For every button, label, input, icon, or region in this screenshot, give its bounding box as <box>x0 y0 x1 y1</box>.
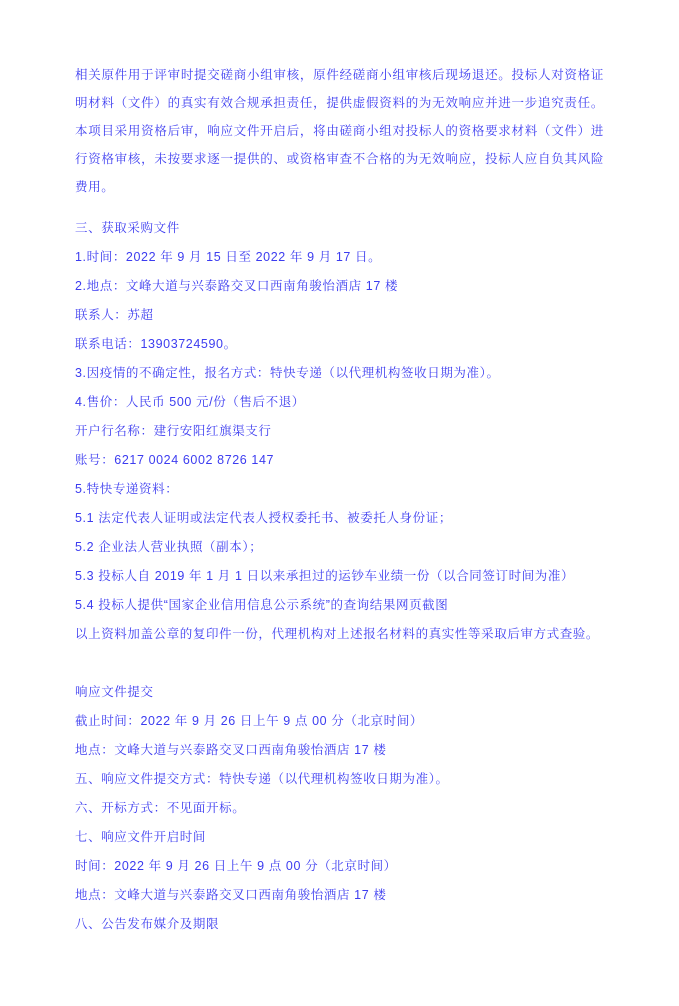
submission-deadline: 截止时间：2022 年 9 月 26 日上午 9 点 00 分（北京时间） <box>75 707 604 736</box>
account-number: 账号：6217 0024 6002 8726 147 <box>75 446 604 475</box>
contact-person: 联系人：苏超 <box>75 301 604 330</box>
document-page: 相关原件用于评审时提交磋商小组审核，原件经磋商小组审核后现场退还。投标人对资格证… <box>0 0 679 1006</box>
materials-note: 以上资料加盖公章的复印件一份，代理机构对上述报名材料的真实性等采取后审方式查验。 <box>75 620 604 649</box>
document-price: 4.售价：人民币 500 元/份（售后不退） <box>75 388 604 417</box>
obtain-time: 1.时间：2022 年 9 月 15 日至 2022 年 9 月 17 日。 <box>75 243 604 272</box>
qualification-review-paragraph: 相关原件用于评审时提交磋商小组审核，原件经磋商小组审核后现场退还。投标人对资格证… <box>75 61 604 201</box>
opening-time: 时间：2022 年 9 月 26 日上午 9 点 00 分（北京时间） <box>75 852 604 881</box>
material-item-2: 5.2 企业法人营业执照（副本）； <box>75 533 604 562</box>
bank-name: 开户行名称：建行安阳红旗渠支行 <box>75 417 604 446</box>
material-item-3: 5.3 投标人自 2019 年 1 月 1 日以来承担过的运钞车业绩一份（以合同… <box>75 562 604 591</box>
document-body: 相关原件用于评审时提交磋商小组审核，原件经磋商小组审核后现场退还。投标人对资格证… <box>0 0 679 939</box>
section5-submission-method: 五、响应文件提交方式：特快专递（以代理机构签收日期为准）。 <box>75 765 604 794</box>
section6-bid-opening-method: 六、开标方式：不见面开标。 <box>75 794 604 823</box>
material-item-1: 5.1 法定代表人证明或法定代表人授权委托书、被委托人身份证； <box>75 504 604 533</box>
blank-line <box>75 649 604 678</box>
section8-announcement-heading: 八、公告发布媒介及期限 <box>75 910 604 939</box>
submission-location: 地点：文峰大道与兴泰路交叉口西南角骏怡酒店 17 楼 <box>75 736 604 765</box>
obtain-location: 2.地点：文峰大道与兴泰路交叉口西南角骏怡酒店 17 楼 <box>75 272 604 301</box>
section3-heading: 三、获取采购文件 <box>75 214 604 243</box>
registration-method: 3.因疫情的不确定性，报名方式：特快专递（以代理机构签收日期为准）。 <box>75 359 604 388</box>
material-item-4: 5.4 投标人提供“国家企业信用信息公示系统”的查询结果网页截图 <box>75 591 604 620</box>
submission-heading: 响应文件提交 <box>75 678 604 707</box>
contact-phone: 联系电话：13903724590。 <box>75 330 604 359</box>
section7-opening-time-heading: 七、响应文件开启时间 <box>75 823 604 852</box>
express-materials-heading: 5.特快专递资料： <box>75 475 604 504</box>
opening-location: 地点：文峰大道与兴泰路交叉口西南角骏怡酒店 17 楼 <box>75 881 604 910</box>
